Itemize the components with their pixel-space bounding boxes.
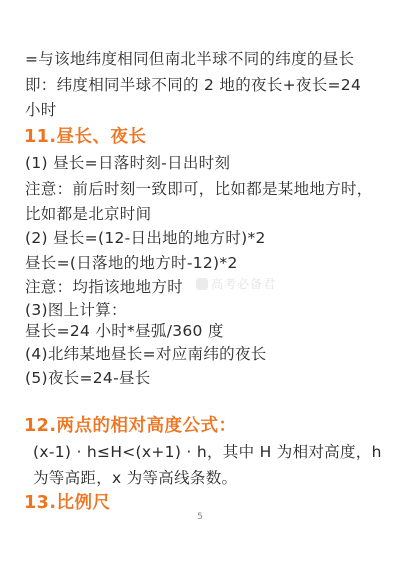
text-line: (4)北纬某地昼长=对应南纬的夜长	[25, 345, 267, 364]
watermark: 高考必备君	[196, 275, 276, 292]
watermark-logo-icon	[196, 278, 208, 290]
page-number: 5	[0, 512, 400, 522]
section-heading-13: 13.比例尺	[24, 493, 111, 513]
section-heading-11: 11.昼长、夜长	[24, 127, 147, 147]
document-page: =与该地纬度相同但南北半球不同的纬度的昼长 即：纬度相同半球不同的 2 地的夜长…	[0, 0, 400, 566]
watermark-text: 高考必备君	[211, 275, 276, 292]
text-line: 昼长=24 小时*昼弧/360 度	[25, 322, 224, 341]
intro-line: =与该地纬度相同但南北半球不同的纬度的昼长	[25, 50, 354, 69]
formula-line: (x-1) · h≤H<(x+1) · h，其中 H 为相对高度，h	[33, 443, 382, 462]
text-line: (5)夜长=24-昼长	[25, 369, 151, 388]
intro-line: 小时	[25, 101, 57, 120]
text-line: 注意：前后时刻一致即可，比如都是某地地方时，	[25, 180, 373, 199]
formula-line: 为等高距，x 为等高线条数。	[33, 469, 237, 488]
section-heading-12: 12.两点的相对高度公式：	[24, 416, 237, 436]
text-line: (1) 昼长=日落时刻-日出时刻	[25, 154, 230, 173]
text-line: 昼长=(日落地的地方时-12)*2	[25, 254, 238, 273]
text-line: 比如都是北京时间	[25, 205, 151, 224]
intro-line: 即：纬度相同半球不同的 2 地的夜长+夜长=24	[25, 76, 361, 95]
text-line: 注意：均指该地地方时	[25, 278, 183, 297]
text-line: (3)图上计算：	[25, 301, 127, 320]
text-line: (2) 昼长=(12-日出地的地方时)*2	[25, 229, 266, 248]
